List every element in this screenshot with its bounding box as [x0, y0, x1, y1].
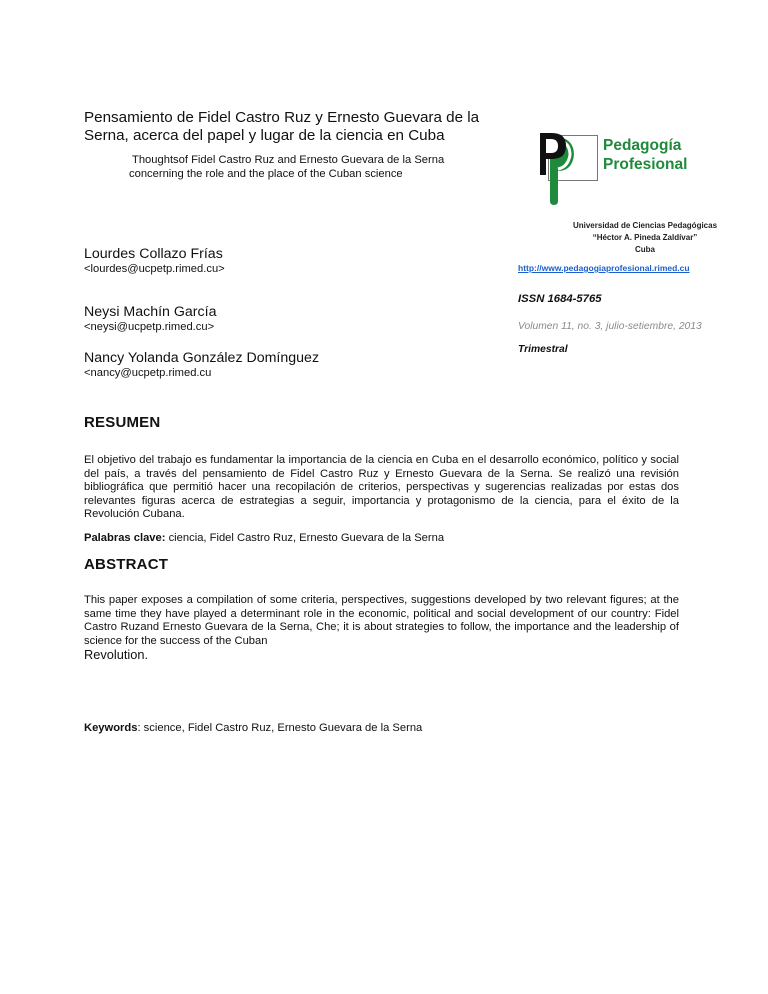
keywords-label: Palabras clave:: [84, 532, 165, 544]
abstract-body: This paper exposes a compilation of some…: [84, 594, 679, 647]
resumen-text: El objetivo del trabajo es fundamentar l…: [84, 454, 679, 522]
palabras-clave: Palabras clave: ciencia, Fidel Castro Ru…: [84, 532, 444, 544]
author-email[interactable]: <lourdes@ucpetp.rimed.cu>: [84, 263, 225, 276]
paper-title: Pensamiento de Fidel Castro Ruz y Ernest…: [84, 109, 514, 145]
logo-line1: Pedagogía: [603, 136, 687, 155]
volume-info: Volumen 11, no. 3, julio-setiembre, 2013: [518, 321, 702, 332]
abstract-text: This paper exposes a compilation of some…: [84, 594, 679, 664]
subtitle-text: Thoughtsof Fidel Castro Ruz and Ernesto …: [129, 154, 444, 180]
author-name: Lourdes Collazo Frías: [84, 246, 223, 262]
keywords: Keywords: science, Fidel Castro Ruz, Ern…: [84, 722, 422, 734]
paper-subtitle-english: Thoughtsof Fidel Castro Ruz and Ernesto …: [129, 154, 459, 181]
abstract-last-word: Revolution.: [84, 647, 148, 662]
author-email[interactable]: <neysi@ucpetp.rimed.cu>: [84, 321, 214, 334]
pp-logo-icon: [536, 131, 600, 207]
journal-url-link[interactable]: http://www.pedagogiaprofesional.rimed.cu: [518, 263, 690, 273]
logo-line2: Profesional: [603, 155, 687, 174]
logo-wordmark: Pedagogía Profesional: [603, 136, 687, 174]
keywords-label: Keywords: [84, 722, 137, 734]
institution-country: Cuba: [560, 244, 730, 256]
author-name: Neysi Machín García: [84, 304, 216, 320]
keywords-values: : science, Fidel Castro Ruz, Ernesto Gue…: [137, 722, 422, 734]
institution-subname: “Héctor A. Pineda Zaldívar”: [560, 232, 730, 244]
abstract-heading: ABSTRACT: [84, 556, 168, 573]
resumen-heading: RESUMEN: [84, 414, 160, 431]
keywords-values: ciencia, Fidel Castro Ruz, Ernesto Gueva…: [165, 532, 444, 544]
author-email[interactable]: <nancy@ucpetp.rimed.cu: [84, 367, 211, 380]
publication-frequency: Trimestral: [518, 344, 568, 355]
institution-name: Universidad de Ciencias Pedagógicas: [560, 220, 730, 232]
author-name: Nancy Yolanda González Domínguez: [84, 350, 319, 366]
journal-logo: Pedagogía Profesional: [536, 131, 716, 207]
issn: ISSN 1684-5765: [518, 293, 602, 305]
